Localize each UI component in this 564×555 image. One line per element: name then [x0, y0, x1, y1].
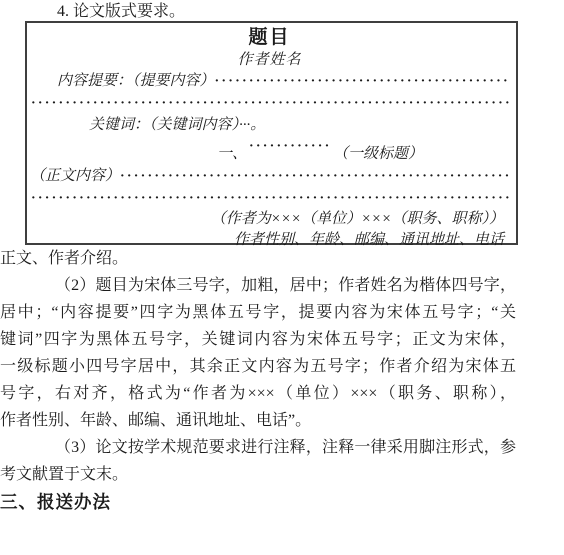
abstract-dotted-leader: ········································…: [215, 71, 510, 93]
template-level1-heading-line: 一、················（一级标题）: [29, 136, 510, 165]
template-author-name: 作者姓名: [29, 50, 510, 70]
heading-numeral: 一、: [217, 146, 247, 162]
heading-dotted-leader: ················: [249, 136, 331, 158]
body-content-label: （正文内容）: [30, 165, 120, 187]
body-paragraph-3-line: 考文献置于文末。: [0, 461, 516, 488]
body-paragraph-3-line: （3）论文按学术规范要求进行注释，注释一律采用脚注形式，参: [0, 434, 516, 461]
paper-template-box: 题目 作者姓名 内容提要：（提要内容） ····················…: [25, 21, 518, 245]
template-author-note-line1: （作者为×××（单位）×××（职务、职称））: [29, 209, 510, 230]
dotted-leader-line-2: ········································…: [29, 188, 510, 209]
heading-caption: （一级标题）: [333, 146, 423, 162]
body-paragraph-2-line: （2）题目为宋体三号字，加粗，居中；作者姓名为楷体四号字，: [0, 272, 516, 299]
dotted-leader-line-1: ········································…: [29, 93, 510, 114]
body-paragraph-2-line: 作者性别、年龄、邮编、通讯地址、电话”。: [0, 407, 516, 434]
body-dotted-leader: ········································…: [120, 166, 510, 188]
template-abstract-line: 内容提要：（提要内容） ····························…: [29, 70, 510, 93]
template-body-line: （正文内容） ·································…: [29, 165, 510, 188]
body-paragraph-2-line: 一级标题小四号字居中，其余正文内容为五号字；作者介绍为宋体五: [0, 353, 516, 380]
abstract-label: 内容提要：（提要内容）: [57, 70, 215, 92]
template-keywords-line: 关键词：（关键词内容）···。: [29, 114, 510, 136]
section-heading: 三、报送办法: [0, 488, 516, 516]
intro-line: 4. 论文版式要求。: [57, 2, 564, 21]
template-title: 题目: [29, 25, 510, 50]
body-text: 正文、作者介绍。 （2）题目为宋体三号字，加粗，居中；作者姓名为楷体四号字， 居…: [0, 245, 516, 516]
body-paragraph-2-line: 居中；“内容提要”四字为黑体五号字，提要内容为宋体五号字；“关: [0, 299, 516, 326]
body-paragraph-2-line: 号字，右对齐，格式为“作者为×××（单位）×××（职务、职称），: [0, 380, 516, 407]
body-paragraph-2-line: 键词”四字为黑体五号字，关键词内容为宋体五号字；正文为宋体，: [0, 326, 516, 353]
